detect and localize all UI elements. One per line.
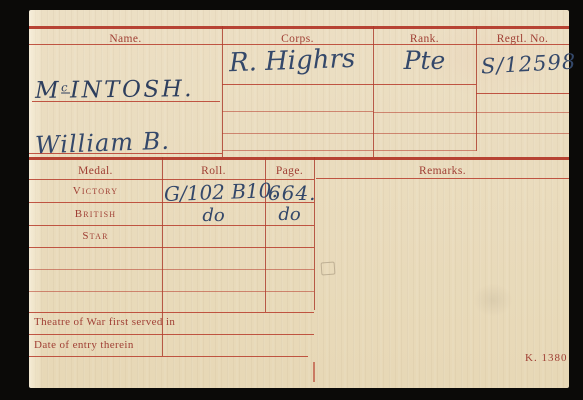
form-number: K. 1380	[525, 353, 567, 364]
page-british-handwritten: do	[265, 206, 314, 224]
forename-handwritten: William B.	[35, 129, 171, 158]
medal-index-card: Name. Corps. Rank. Regtl. No. Medal. Rol…	[29, 10, 569, 388]
regtl-no-column-header: Regtl. No.	[476, 34, 569, 46]
regtl-rule	[476, 112, 569, 113]
table-bottom-rule	[29, 356, 308, 357]
rank-rule	[373, 112, 476, 113]
name-column-header: Name.	[29, 34, 222, 46]
medal-header: Medal.	[29, 166, 162, 178]
middle-thick-rule	[29, 157, 569, 160]
faint-stamp-smudge	[467, 278, 519, 322]
rank-rule	[373, 84, 476, 85]
page-victory-handwritten: 664.	[268, 183, 317, 203]
rank-column-header: Rank.	[373, 34, 476, 46]
scanned-page: Name. Corps. Rank. Regtl. No. Medal. Rol…	[0, 0, 583, 400]
medal-row-rule	[29, 269, 314, 270]
roll-victory-handwritten: G/102 B10.	[164, 180, 278, 204]
medal-table-right-edge	[314, 157, 315, 310]
medal-row-rule	[29, 291, 314, 292]
page-header: Page.	[265, 166, 314, 178]
divider-name-corps	[222, 26, 223, 157]
medal-row-rule	[29, 225, 314, 226]
medal-row-star: Star	[29, 231, 162, 242]
theatre-of-war-label: Theatre of War first served in	[34, 317, 175, 328]
rank-handwritten: Pte	[373, 48, 476, 73]
roll-british-handwritten: do	[162, 207, 265, 225]
regtl-rule	[476, 93, 569, 94]
corps-rule	[222, 133, 373, 134]
remarks-header: Remarks.	[316, 166, 569, 178]
corps-handwritten: R. Highrs	[229, 46, 356, 76]
medal-row-victory: Victory	[29, 186, 162, 197]
faint-pencil-mark	[321, 262, 336, 276]
roll-header: Roll.	[162, 166, 265, 178]
theatre-row-rule	[29, 334, 314, 335]
stray-red-mark	[313, 362, 315, 382]
regtl-rule	[476, 133, 569, 134]
regtl-no-handwritten: S/12598	[481, 52, 577, 78]
medal-row-rule	[29, 312, 314, 313]
corps-rule	[222, 84, 373, 85]
medal-row-british: British	[29, 209, 162, 220]
lower-rule	[222, 150, 476, 151]
medal-row-rule	[29, 247, 314, 248]
rank-rule	[373, 133, 476, 134]
remarks-underline	[316, 178, 569, 179]
surname-handwritten: McINTOSH.	[35, 78, 194, 103]
date-of-entry-label: Date of entry therein	[34, 340, 134, 351]
corps-rule	[222, 111, 373, 112]
divider-corps-rank	[373, 26, 374, 157]
top-thick-rule	[29, 26, 569, 29]
